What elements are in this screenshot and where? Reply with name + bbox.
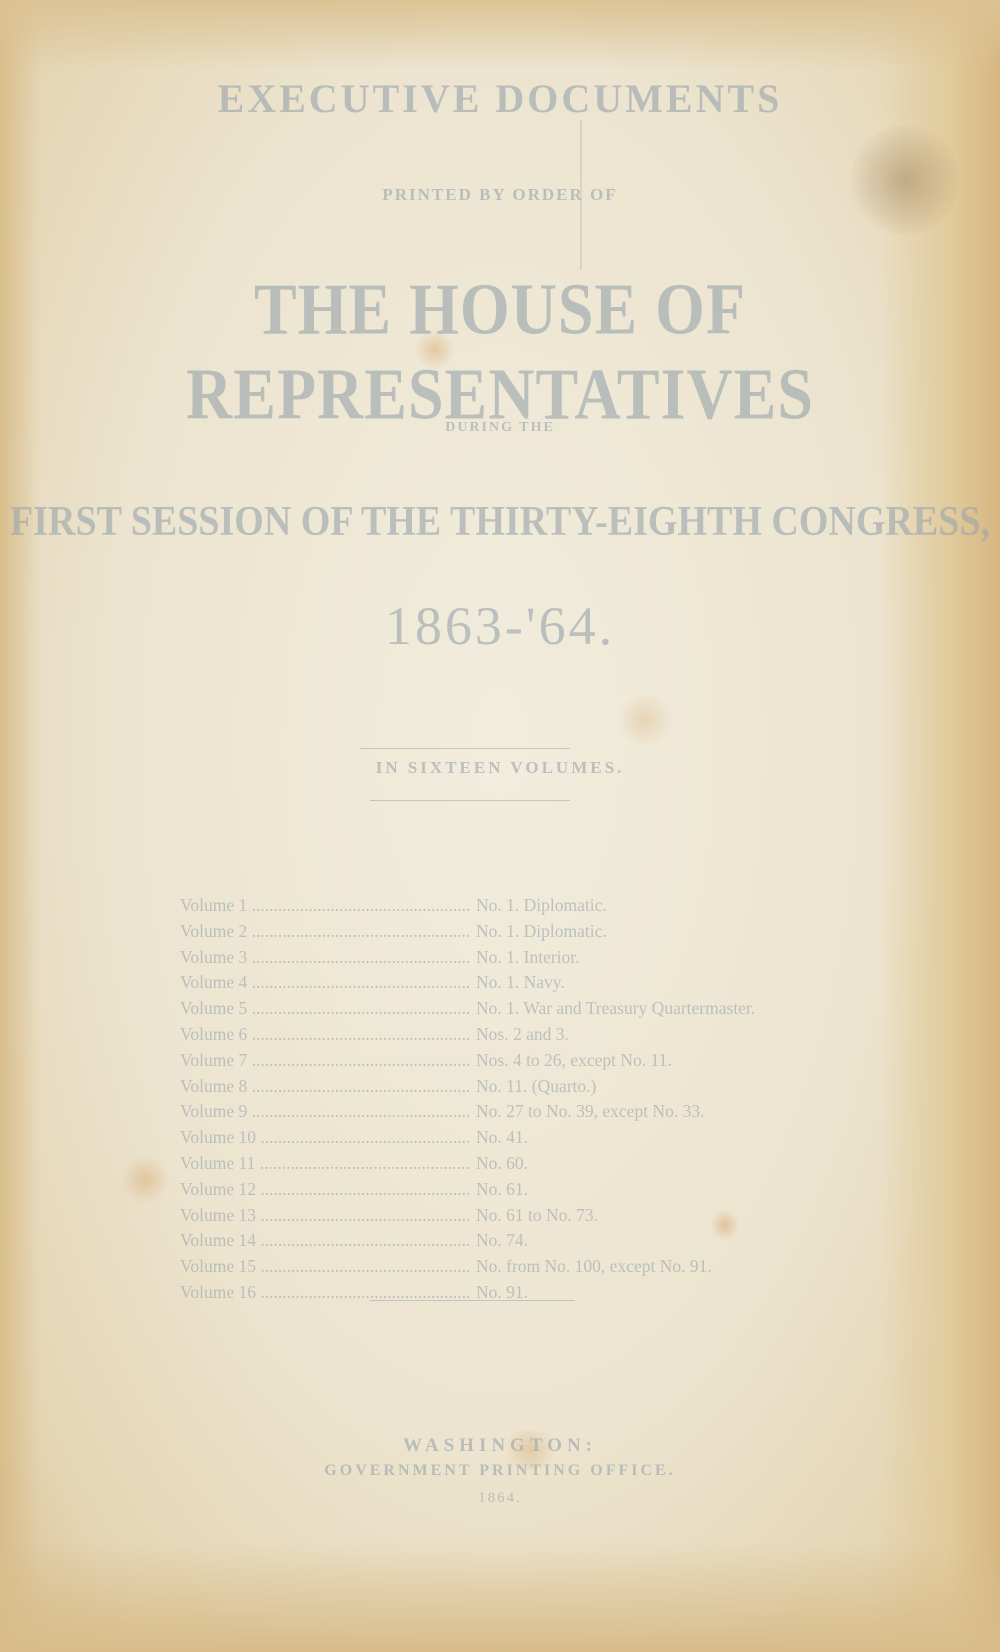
divider-top <box>360 748 570 749</box>
volume-row: Volume 7Nos. 4 to 26, except No. 11. <box>180 1048 820 1074</box>
bottom-edge-discoloration <box>0 1542 1000 1652</box>
volume-row: Volume 15No. from No. 100, except No. 91… <box>180 1254 820 1280</box>
imprint-year: 1864. <box>0 1490 1000 1507</box>
left-edge-discoloration <box>0 0 40 1652</box>
during-label: DURING THE <box>0 420 1000 436</box>
imprint-city: WASHINGTON: <box>0 1435 1000 1457</box>
header-line-2: PRINTED BY ORDER OF <box>0 185 1000 205</box>
page-title: THE HOUSE OF REPRESENTATIVES <box>0 267 1000 437</box>
volume-row: Volume 5No. 1. War and Treasury Quarterm… <box>180 996 820 1022</box>
imprint-printer: GOVERNMENT PRINTING OFFICE. <box>0 1462 1000 1480</box>
year-line: 1863-'64. <box>0 595 1000 657</box>
header-line-1: EXECUTIVE DOCUMENTS <box>0 75 1000 122</box>
session-line: FIRST SESSION OF THE THIRTY-EIGHTH CONGR… <box>0 498 1000 546</box>
volume-row: Volume 11No. 60. <box>180 1151 820 1177</box>
foxing-stain <box>850 125 960 235</box>
volume-row: Volume 13No. 61 to No. 73. <box>180 1203 820 1229</box>
volume-row: Volume 10No. 41. <box>180 1125 820 1151</box>
volume-row: Volume 14No. 74. <box>180 1228 820 1254</box>
volume-row: Volume 4No. 1. Navy. <box>180 970 820 996</box>
volume-row: Volume 1No. 1. Diplomatic. <box>180 893 820 919</box>
volume-row: Volume 12No. 61. <box>180 1177 820 1203</box>
volume-row: Volume 8No. 11. (Quarto.) <box>180 1074 820 1100</box>
volume-row: Volume 2No. 1. Diplomatic. <box>180 919 820 945</box>
volume-row: Volume 6Nos. 2 and 3. <box>180 1022 820 1048</box>
paper-page: EXECUTIVE DOCUMENTS PRINTED BY ORDER OF … <box>0 0 1000 1652</box>
divider-middle <box>370 800 570 801</box>
foxing-stain <box>120 1155 170 1205</box>
divider-bottom <box>370 1300 575 1301</box>
foxing-stain <box>620 690 670 750</box>
volume-row: Volume 16No. 91. <box>180 1280 820 1306</box>
volume-row: Volume 9No. 27 to No. 39, except No. 33. <box>180 1099 820 1125</box>
top-edge-discoloration <box>0 0 1000 70</box>
volume-row: Volume 3No. 1. Interior. <box>180 945 820 971</box>
volume-list: Volume 1No. 1. Diplomatic. Volume 2No. 1… <box>180 893 820 1306</box>
right-edge-discoloration <box>880 0 1000 1652</box>
volumes-heading: IN SIXTEEN VOLUMES. <box>0 758 1000 778</box>
